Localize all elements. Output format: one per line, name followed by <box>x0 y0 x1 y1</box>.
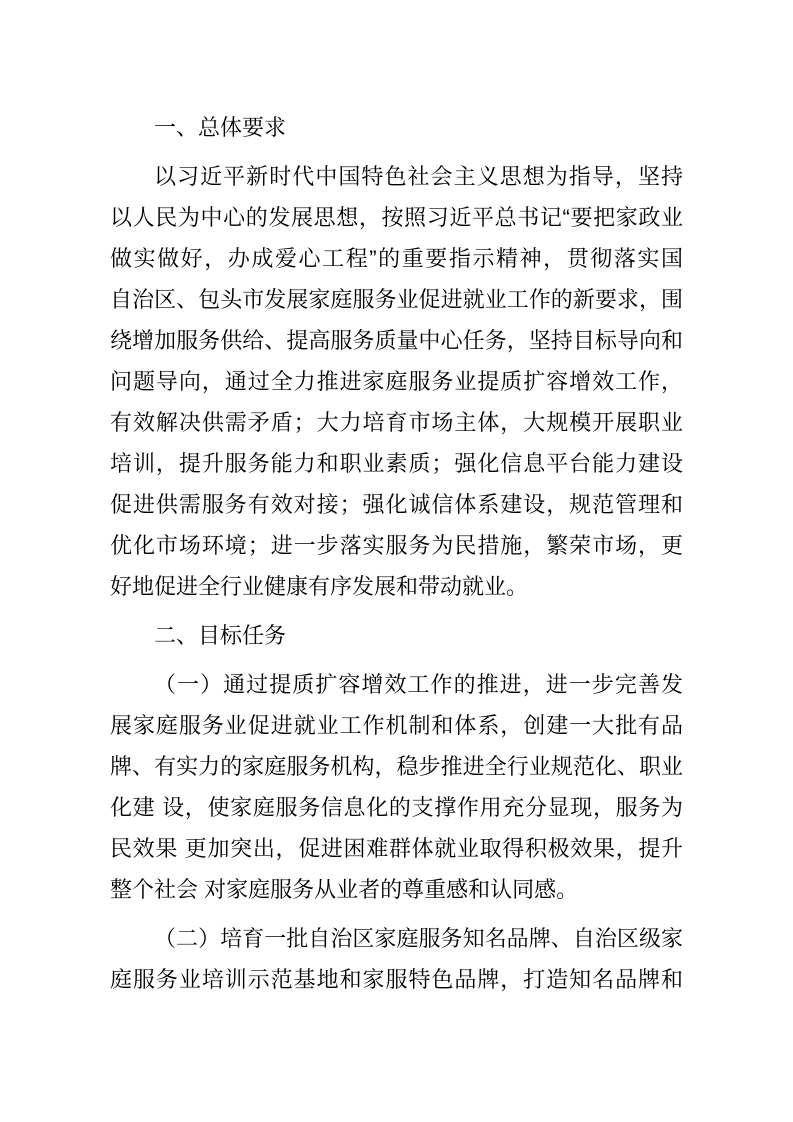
text-line: 问题导向，通过全力推进家庭服务业提质扩容增效工作， <box>110 361 683 402</box>
text-line: 牌、有实力的家庭服务机构，稳步推进全行业规范化、职业 <box>110 746 683 787</box>
text-line: 优化市场环境；进一步落实服务为民措施，繁荣市场，更 <box>110 525 683 566</box>
text-line: 自治区、包头市发展家庭服务业促进就业工作的新要求，围 <box>110 279 683 320</box>
text-line: 整个社会 对家庭服务从业者的尊重感和认同感。 <box>110 869 683 910</box>
paragraph-1: 以习近平新时代中国特色社会主义思想为指导，坚持 以人民为中心的发展思想，按照习近… <box>110 156 683 607</box>
text-line: 展家庭服务业促进就业工作机制和体系，创建一大批有品 <box>110 705 683 746</box>
text-line: 以习近平新时代中国特色社会主义思想为指导，坚持 <box>110 156 683 197</box>
paragraph-3: （二）培育一批自治区家庭服务知名品牌、自治区级家 庭服务业培训示范基地和家服特色… <box>110 918 683 1000</box>
text-line: 做实做好，办成爱心工程”的重要指示精神，贯彻落实国家、 <box>110 238 683 279</box>
text-line: 以人民为中心的发展思想，按照习近平总书记“要把家政业 <box>110 197 683 238</box>
section-heading-1: 一、总体要求 <box>110 107 683 148</box>
section-heading-2: 二、目标任务 <box>110 615 683 656</box>
heading-text: 一、总体要求 <box>110 107 683 148</box>
text-line: 化建 设，使家庭服务信息化的支撑作用充分显现，服务为 <box>110 787 683 828</box>
text-line: 有效解决供需矛盾；大力培育市场主体，大规模开展职业 <box>110 402 683 443</box>
text-line: （一）通过提质扩容增效工作的推进，进一步完善发 <box>110 664 683 705</box>
paragraph-2: （一）通过提质扩容增效工作的推进，进一步完善发 展家庭服务业促进就业工作机制和体… <box>110 664 683 910</box>
text-line: （二）培育一批自治区家庭服务知名品牌、自治区级家 <box>110 918 683 959</box>
document-page: 一、总体要求 以习近平新时代中国特色社会主义思想为指导，坚持 以人民为中心的发展… <box>0 0 793 1122</box>
document-content: 一、总体要求 以习近平新时代中国特色社会主义思想为指导，坚持 以人民为中心的发展… <box>110 107 683 1008</box>
text-line: 绕增加服务供给、提高服务质量中心任务，坚持目标导向和 <box>110 320 683 361</box>
text-line: 民效果 更加突出，促进困难群体就业取得积极效果，提升 <box>110 828 683 869</box>
heading-text: 二、目标任务 <box>110 615 683 656</box>
text-line: 培训，提升服务能力和职业素质；强化信息平台能力建设 <box>110 443 683 484</box>
text-line: 促进供需服务有效对接；强化诚信体系建设，规范管理和 <box>110 484 683 525</box>
text-line: 好地促进全行业健康有序发展和带动就业。 <box>110 566 683 607</box>
text-line: 庭服务业培训示范基地和家服特色品牌，打造知名品牌和 <box>110 959 683 1000</box>
